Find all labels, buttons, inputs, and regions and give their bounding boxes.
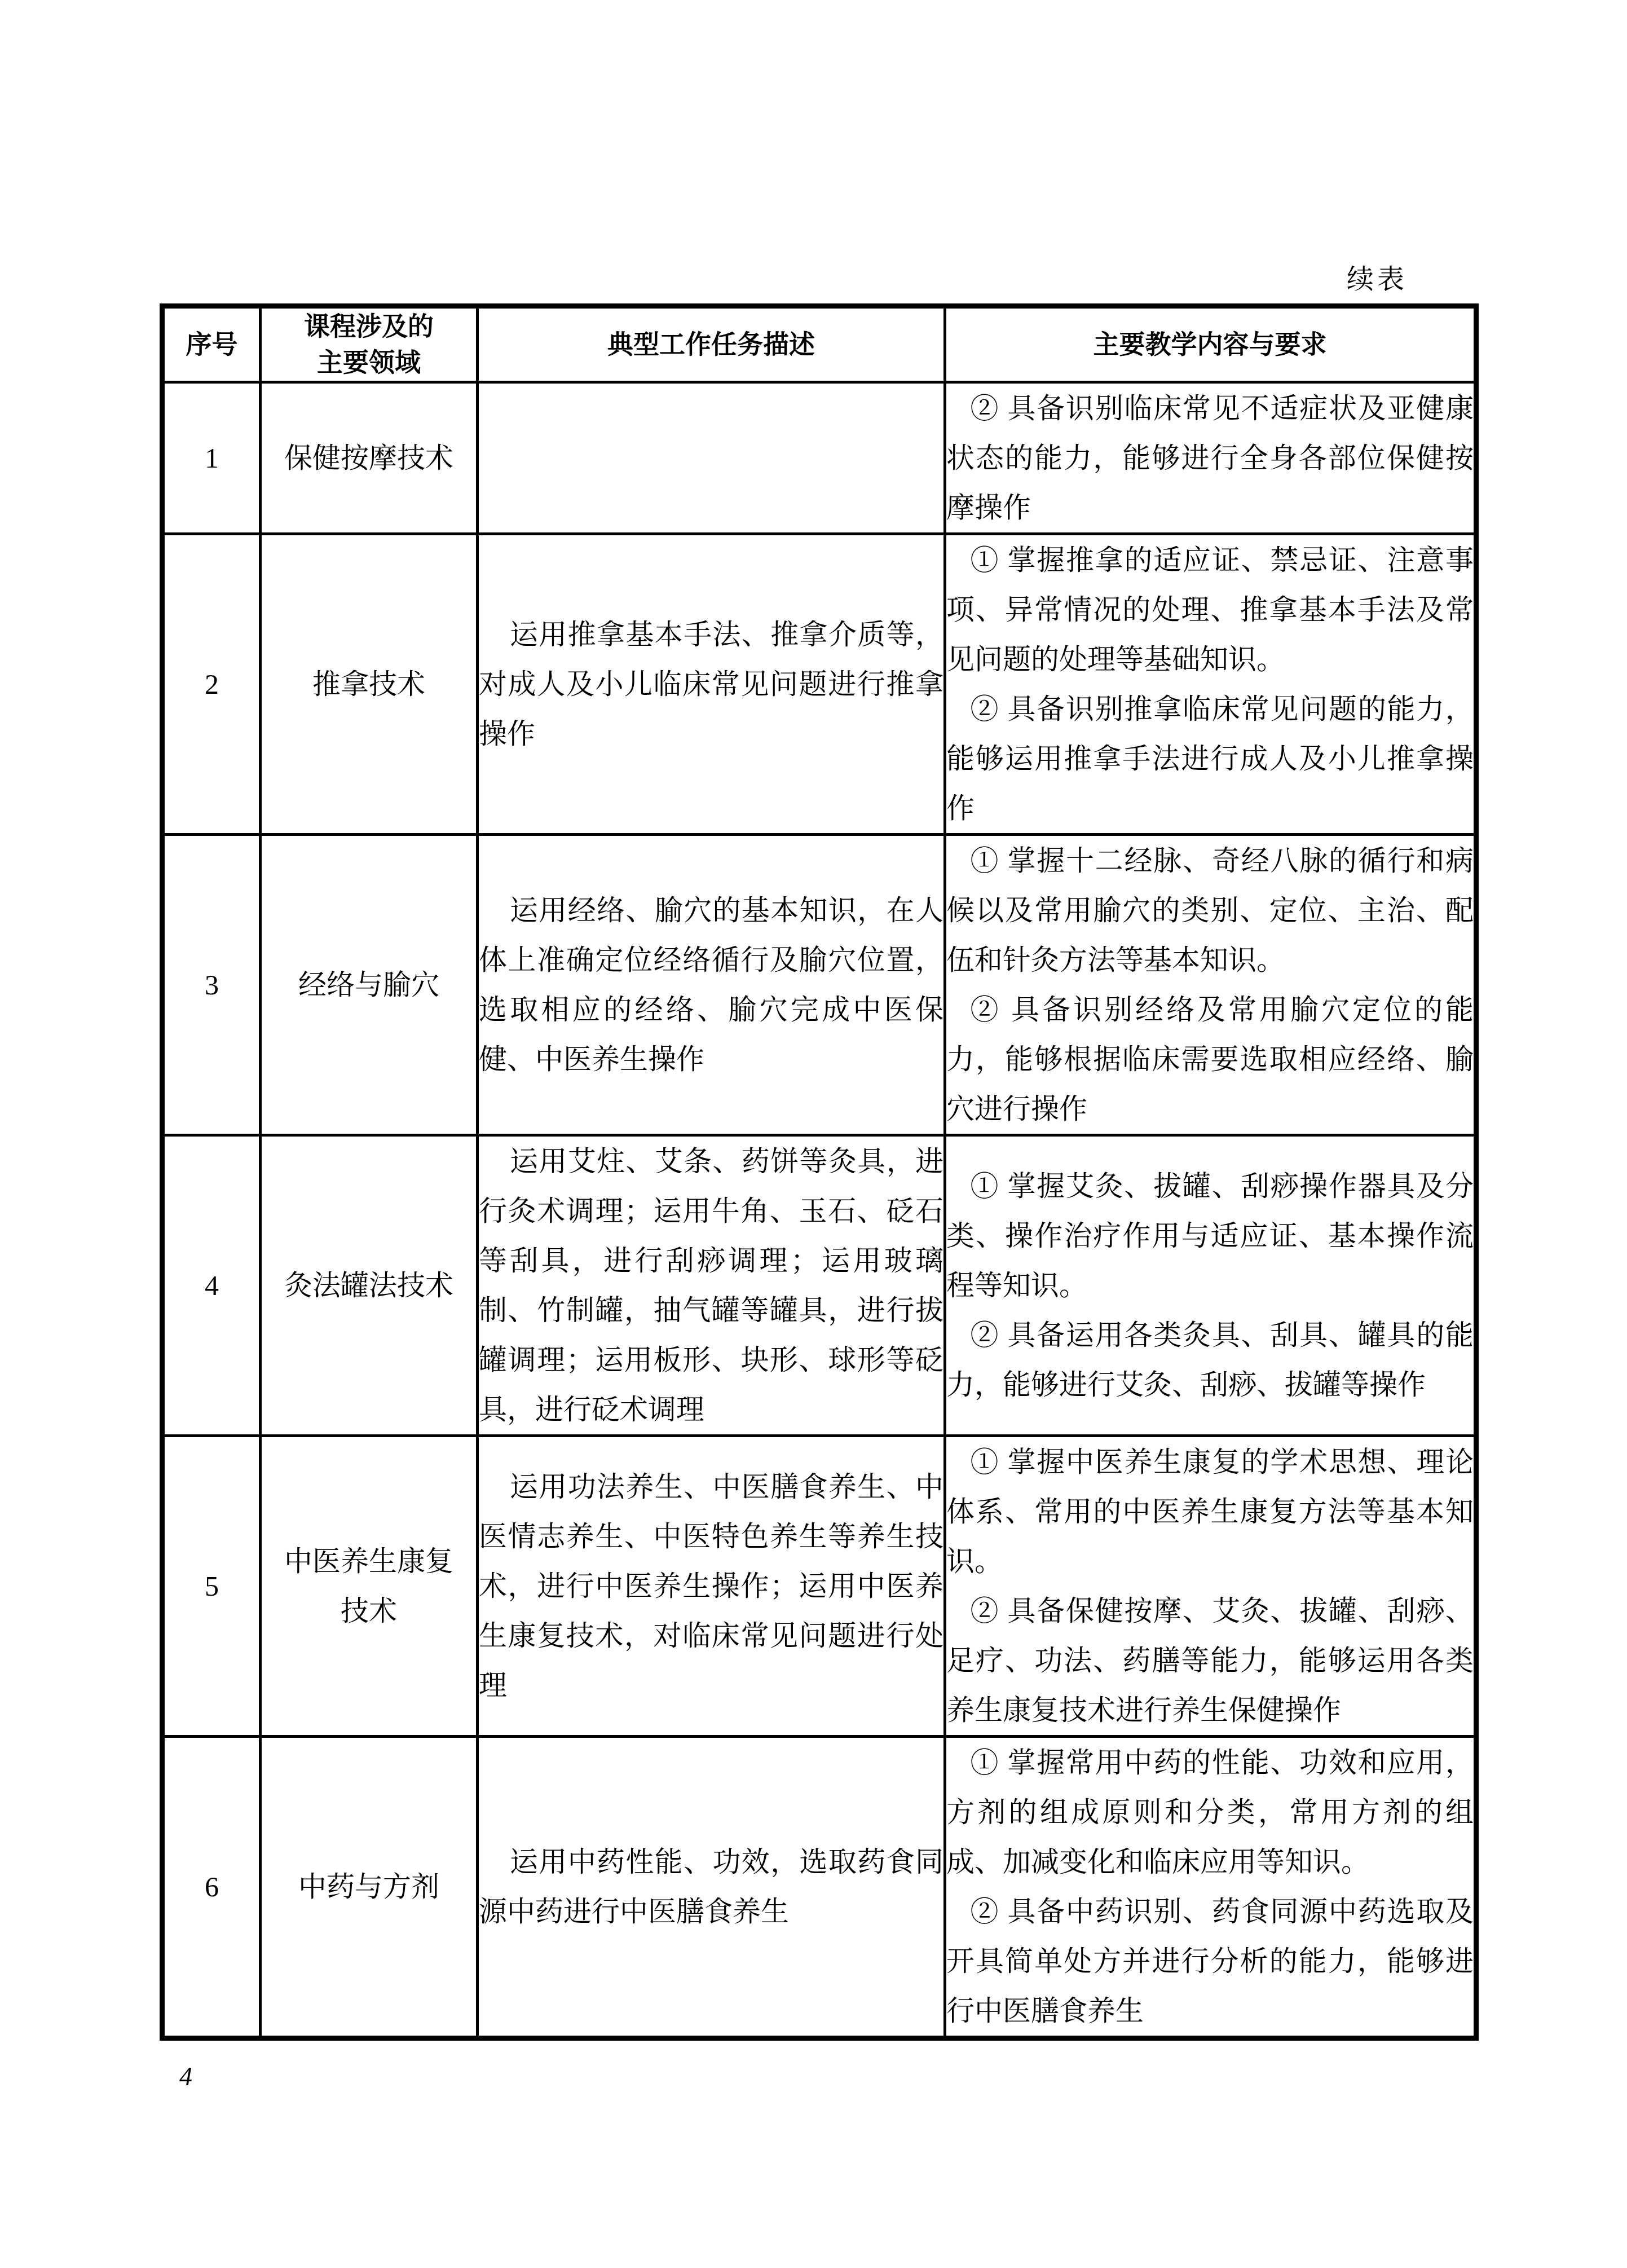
table-row: 1 保健按摩技术 ② 具备识别临床常见不适症状及亚健康状态的能力，能够进行全身各… bbox=[162, 382, 1476, 534]
table-row: 2 推拿技术 运用推拿基本手法、推拿介质等，对成人及小儿临床常见问题进行推拿操作… bbox=[162, 534, 1476, 835]
task-paragraph: 运用功法养生、中医膳食养生、中医情志养生、中医特色养生等养生技术，进行中医养生操… bbox=[479, 1462, 943, 1710]
row-number-cell: 1 bbox=[162, 382, 261, 534]
content-paragraph: ① 掌握艾灸、拔罐、刮痧操作器具及分类、操作治疗作用与适应证、基本操作流程等知识… bbox=[946, 1161, 1474, 1310]
table-header-row: 序号 课程涉及的 主要领域 典型工作任务描述 主要教学内容与要求 bbox=[162, 306, 1476, 382]
task-cell: 运用经络、腧穴的基本知识，在人体上准确定位经络循行及腧穴位置，选取相应的经络、腧… bbox=[478, 835, 945, 1135]
row-number-cell: 3 bbox=[162, 835, 261, 1135]
content-paragraph: ② 具备运用各类灸具、刮具、罐具的能力，能够进行艾灸、刮痧、拔罐等操作 bbox=[946, 1310, 1474, 1410]
content-cell: ① 掌握推拿的适应证、禁忌证、注意事项、异常情况的处理、推拿基本手法及常见问题的… bbox=[945, 534, 1476, 835]
task-paragraph: 运用推拿基本手法、推拿介质等，对成人及小儿临床常见问题进行推拿操作 bbox=[479, 610, 943, 759]
area-cell: 保健按摩技术 bbox=[261, 382, 478, 534]
area-cell: 灸法罐法技术 bbox=[261, 1135, 478, 1436]
content-paragraph: ① 掌握常用中药的性能、功效和应用，方剂的组成原则和分类，常用方剂的组成、加减变… bbox=[946, 1738, 1474, 1887]
row-number-cell: 5 bbox=[162, 1436, 261, 1737]
table-row: 5 中医养生康复 技术 运用功法养生、中医膳食养生、中医情志养生、中医特色养生等… bbox=[162, 1436, 1476, 1737]
content-paragraph: ① 掌握中医养生康复的学术思想、理论体系、常用的中医养生康复方法等基本知识。 bbox=[946, 1437, 1474, 1586]
task-paragraph: 运用中药性能、功效，选取药食同源中药进行中医膳食养生 bbox=[479, 1837, 943, 1936]
content-cell: ① 掌握十二经脉、奇经八脉的循行和病候以及常用腧穴的类别、定位、主治、配伍和针灸… bbox=[945, 835, 1476, 1135]
content-paragraph: ② 具备识别推拿临床常见问题的能力，能够运用推拿手法进行成人及小儿推拿操作 bbox=[946, 684, 1474, 833]
content-paragraph: ① 掌握十二经脉、奇经八脉的循行和病候以及常用腧穴的类别、定位、主治、配伍和针灸… bbox=[946, 836, 1474, 985]
continued-table-label: 续表 bbox=[1347, 263, 1408, 297]
header-teaching-content: 主要教学内容与要求 bbox=[945, 306, 1476, 382]
curriculum-table: 序号 课程涉及的 主要领域 典型工作任务描述 主要教学内容与要求 1 保健按摩技… bbox=[160, 303, 1479, 2041]
header-seq-number: 序号 bbox=[162, 306, 261, 382]
content-cell: ② 具备识别临床常见不适症状及亚健康状态的能力，能够进行全身各部位保健按摩操作 bbox=[945, 382, 1476, 534]
task-cell: 运用中药性能、功效，选取药食同源中药进行中医膳食养生 bbox=[478, 1737, 945, 2038]
area-cell: 推拿技术 bbox=[261, 534, 478, 835]
area-cell: 中药与方剂 bbox=[261, 1737, 478, 2038]
content-cell: ① 掌握艾灸、拔罐、刮痧操作器具及分类、操作治疗作用与适应证、基本操作流程等知识… bbox=[945, 1135, 1476, 1436]
task-paragraph: 运用艾炷、艾条、药饼等灸具，进行灸术调理；运用牛角、玉石、砭石等刮具，进行刮痧调… bbox=[479, 1137, 943, 1434]
header-course-area: 课程涉及的 主要领域 bbox=[261, 306, 478, 382]
task-cell: 运用功法养生、中医膳食养生、中医情志养生、中医特色养生等养生技术，进行中医养生操… bbox=[478, 1436, 945, 1737]
table-row: 4 灸法罐法技术 运用艾炷、艾条、药饼等灸具，进行灸术调理；运用牛角、玉石、砭石… bbox=[162, 1135, 1476, 1436]
table-row: 6 中药与方剂 运用中药性能、功效，选取药食同源中药进行中医膳食养生 ① 掌握常… bbox=[162, 1737, 1476, 2038]
header-task-description: 典型工作任务描述 bbox=[478, 306, 945, 382]
row-number-cell: 6 bbox=[162, 1737, 261, 2038]
task-cell bbox=[478, 382, 945, 534]
page-number: 4 bbox=[179, 2060, 192, 2094]
task-paragraph: 运用经络、腧穴的基本知识，在人体上准确定位经络循行及腧穴位置，选取相应的经络、腧… bbox=[479, 886, 943, 1084]
area-cell: 中医养生康复 技术 bbox=[261, 1436, 478, 1737]
content-paragraph: ② 具备识别临床常见不适症状及亚健康状态的能力，能够进行全身各部位保健按摩操作 bbox=[946, 384, 1474, 532]
content-cell: ① 掌握常用中药的性能、功效和应用，方剂的组成原则和分类，常用方剂的组成、加减变… bbox=[945, 1737, 1476, 2038]
content-paragraph: ① 掌握推拿的适应证、禁忌证、注意事项、异常情况的处理、推拿基本手法及常见问题的… bbox=[946, 535, 1474, 684]
area-cell: 经络与腧穴 bbox=[261, 835, 478, 1135]
row-number-cell: 2 bbox=[162, 534, 261, 835]
row-number-cell: 4 bbox=[162, 1135, 261, 1436]
content-cell: ① 掌握中医养生康复的学术思想、理论体系、常用的中医养生康复方法等基本知识。 ②… bbox=[945, 1436, 1476, 1737]
content-paragraph: ② 具备保健按摩、艾灸、拔罐、刮痧、足疗、功法、药膳等能力，能够运用各类养生康复… bbox=[946, 1586, 1474, 1735]
table-row: 3 经络与腧穴 运用经络、腧穴的基本知识，在人体上准确定位经络循行及腧穴位置，选… bbox=[162, 835, 1476, 1135]
content-paragraph: ② 具备识别经络及常用腧穴定位的能力，能够根据临床需要选取相应经络、腧穴进行操作 bbox=[946, 985, 1474, 1134]
task-cell: 运用推拿基本手法、推拿介质等，对成人及小儿临床常见问题进行推拿操作 bbox=[478, 534, 945, 835]
content-paragraph: ② 具备中药识别、药食同源中药选取及开具简单处方并进行分析的能力，能够进行中医膳… bbox=[946, 1887, 1474, 2036]
document-page: 续表 序号 课程涉及的 主要领域 典型工作任务描述 主要教学内容与要求 1 保健… bbox=[0, 0, 1627, 2268]
task-cell: 运用艾炷、艾条、药饼等灸具，进行灸术调理；运用牛角、玉石、砭石等刮具，进行刮痧调… bbox=[478, 1135, 945, 1436]
